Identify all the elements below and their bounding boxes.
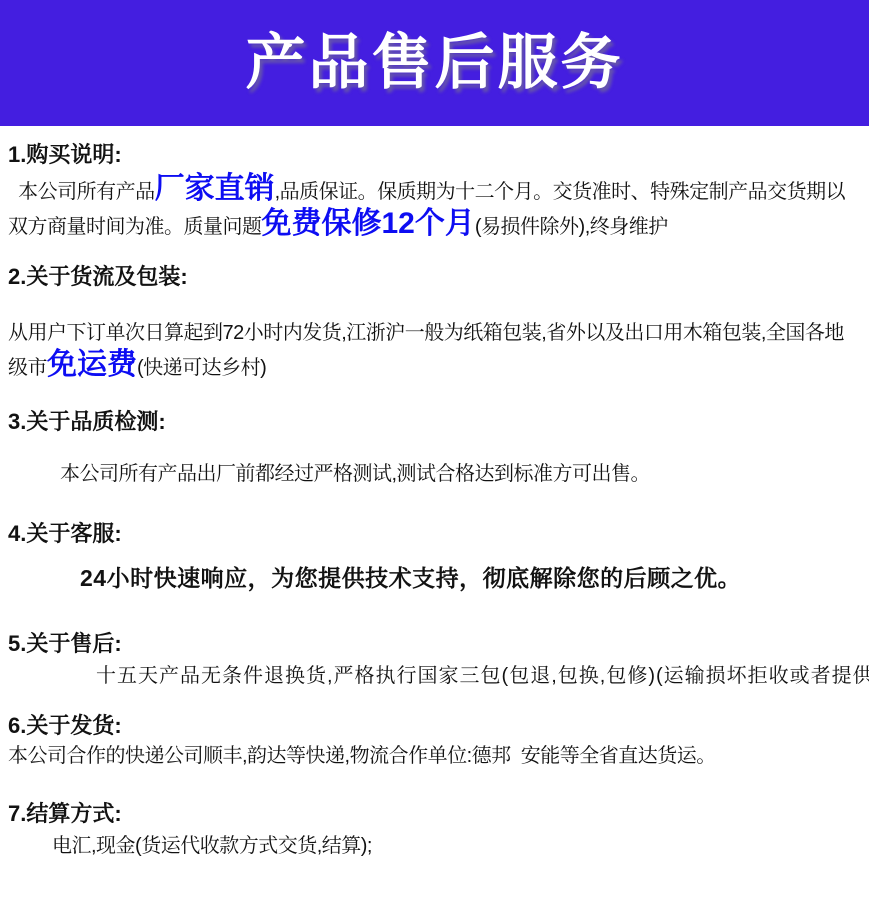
section-paragraph: 本公司所有产品出厂前都经过严格测试,测试合格达到标准方可出售。 bbox=[8, 457, 861, 491]
body-text: 24小时快速响应，为您提供技术支持，彻底解除您的后顾之优。 bbox=[80, 565, 741, 591]
section-paragraph: 十五天产品无条件退换货,严格执行国家三包(包退,包换,包修)(运输损坏拒收或者提… bbox=[8, 659, 861, 693]
service-section-shipping: 6.关于发货: 本公司合作的快递公司顺丰,韵达等快递,物流合作单位:德邦 安能等… bbox=[8, 713, 861, 773]
section-paragraph: 本公司合作的快递公司顺丰,韵达等快递,物流合作单位:德邦 安能等全省直达货运。 bbox=[8, 739, 861, 773]
accent-text: 免费保修12个月 bbox=[262, 207, 475, 240]
section-heading: 1.购买说明: bbox=[8, 142, 861, 168]
service-section-purchase-notes: 1.购买说明: 本公司所有产品厂家直销,品质保证。保质期为十二个月。交货准时、特… bbox=[8, 142, 861, 244]
section-heading: 6.关于发货: bbox=[8, 713, 861, 739]
section-heading: 2.关于货流及包装: bbox=[8, 264, 861, 290]
page-title: 产品售后服务 bbox=[246, 33, 624, 93]
after-sales-service-page: 产品售后服务 1.购买说明: 本公司所有产品厂家直销,品质保证。保质期为十二个月… bbox=[0, 0, 869, 900]
body-text: 十五天产品无条件退换货,严格执行国家三包(包退,包换,包修)(运输损坏拒收或者提… bbox=[96, 665, 869, 687]
accent-text: 厂家直销 bbox=[155, 172, 275, 205]
section-paragraph: 电汇,现金(货运代收款方式交货,结算); bbox=[8, 829, 861, 863]
section-paragraph: 24小时快速响应，为您提供技术支持，彻底解除您的后顾之优。 bbox=[8, 561, 861, 595]
section-paragraph: 从用户下订单次日算起到72小时内发货,江浙沪一般为纸箱包装,省外以及出口用木箱包… bbox=[8, 316, 861, 385]
body-text: 本公司所有产品 bbox=[8, 181, 155, 203]
service-section-settlement: 7.结算方式: 电汇,现金(货运代收款方式交货,结算); bbox=[8, 801, 861, 863]
body-text: 电汇,现金(货运代收款方式交货,结算); bbox=[52, 835, 372, 857]
service-section-customer-service: 4.关于客服: 24小时快速响应，为您提供技术支持，彻底解除您的后顾之优。 bbox=[8, 521, 861, 595]
accent-text: 免运费 bbox=[47, 348, 137, 381]
service-section-quality-testing: 3.关于品质检测: 本公司所有产品出厂前都经过严格测试,测试合格达到标准方可出售… bbox=[8, 409, 861, 491]
service-section-logistics-packaging: 2.关于货流及包装: 从用户下订单次日算起到72小时内发货,江浙沪一般为纸箱包装… bbox=[8, 264, 861, 385]
section-heading: 7.结算方式: bbox=[8, 801, 861, 827]
section-heading: 4.关于客服: bbox=[8, 521, 861, 547]
section-heading: 3.关于品质检测: bbox=[8, 409, 861, 435]
section-paragraph: 本公司所有产品厂家直销,品质保证。保质期为十二个月。交货准时、特殊定制产品交货期… bbox=[8, 174, 861, 244]
banner: 产品售后服务 bbox=[0, 0, 869, 126]
section-heading: 5.关于售后: bbox=[8, 631, 861, 657]
body-text: (快递可达乡村) bbox=[137, 357, 266, 379]
service-section-after-sales: 5.关于售后: 十五天产品无条件退换货,严格执行国家三包(包退,包换,包修)(运… bbox=[8, 631, 861, 693]
body-text: 本公司合作的快递公司顺丰,韵达等快递,物流合作单位:德邦 安能等全省直达货运。 bbox=[8, 745, 716, 767]
body-text: (易损件除外),终身维护 bbox=[475, 216, 668, 238]
content: 1.购买说明: 本公司所有产品厂家直销,品质保证。保质期为十二个月。交货准时、特… bbox=[0, 142, 861, 863]
body-text: 本公司所有产品出厂前都经过严格测试,测试合格达到标准方可出售。 bbox=[60, 463, 650, 485]
